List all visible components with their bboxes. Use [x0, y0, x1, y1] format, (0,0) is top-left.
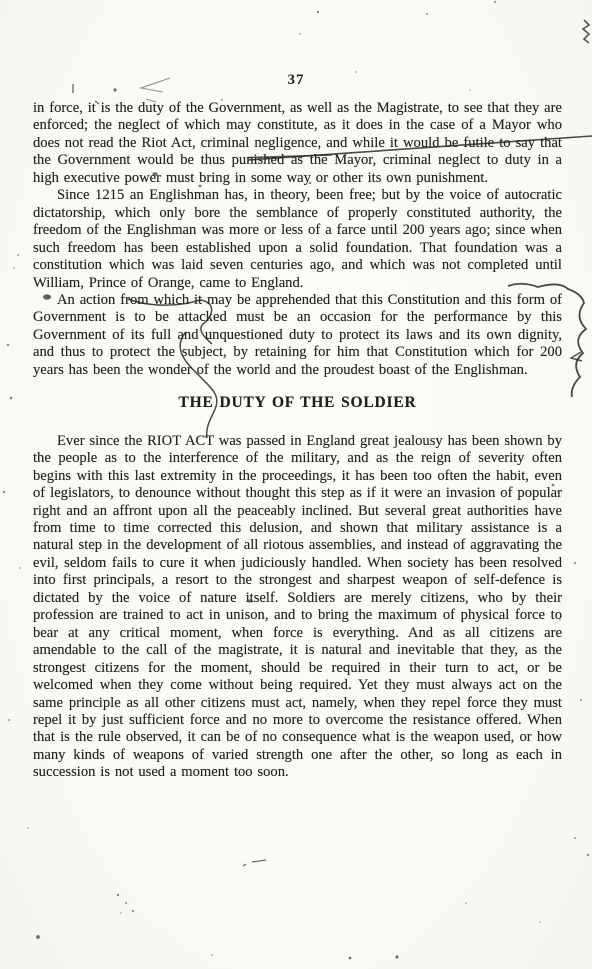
pen-stroke-margin-barb — [571, 352, 582, 361]
page-number: 37 — [0, 72, 592, 89]
body-text: in force, it is the duty of the Governme… — [33, 100, 562, 782]
paragraph-2: Since 1215 an Englishman has, in theory,… — [33, 187, 562, 292]
paragraph-3: An action from which it may be apprehend… — [33, 292, 562, 379]
scribble-top-right — [583, 20, 589, 43]
pen-mark-end-dash — [243, 860, 266, 866]
scanned-page: 37 in force, it is the duty of the Gover… — [0, 0, 592, 969]
paragraph-4: Ever since the RIOT ACT was passed in En… — [33, 433, 562, 782]
paragraph-1: in force, it is the duty of the Governme… — [33, 100, 562, 187]
section-heading: THE DUTY OF THE SOLDIER — [33, 394, 562, 411]
